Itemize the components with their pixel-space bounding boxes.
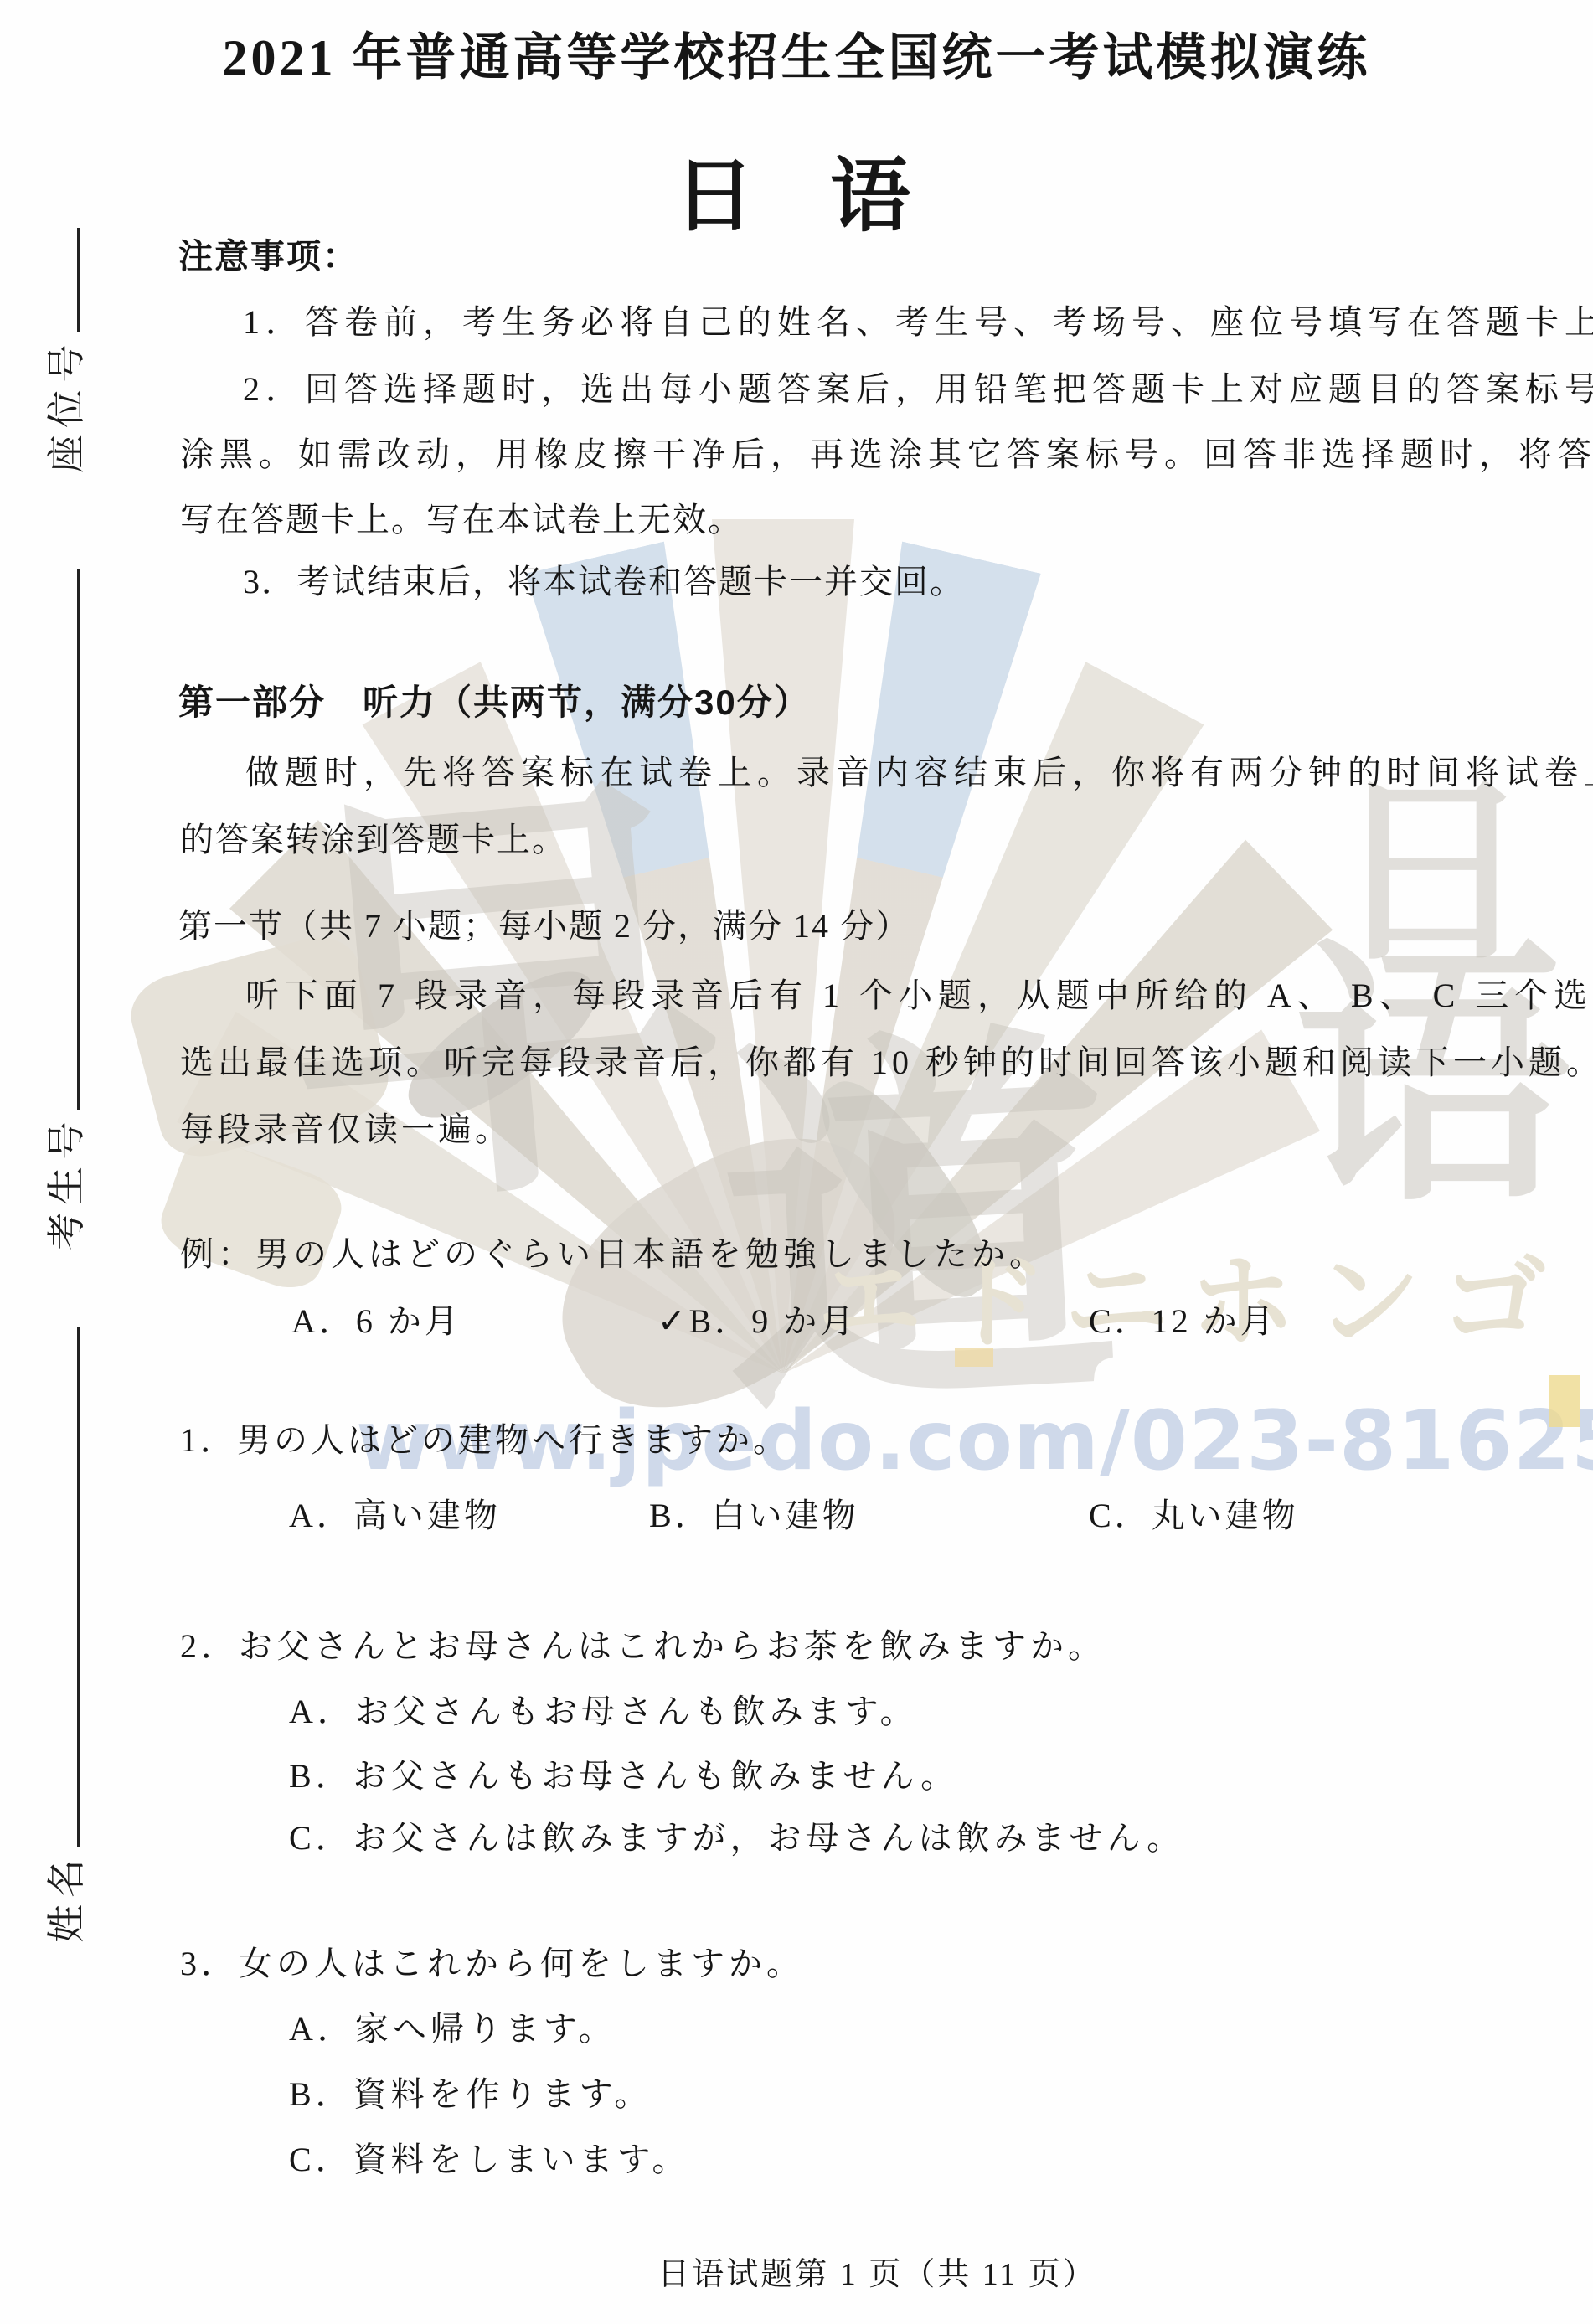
question-3-option-b: B．資料を作ります。 <box>289 2075 652 2114</box>
question-3-option-a: A．家へ帰ります。 <box>289 2010 616 2048</box>
question-1-text: 1．男の人はどの建物へ行きますか。 <box>180 1421 790 1460</box>
question-3-text: 3．女の人はこれから何をしますか。 <box>180 1945 804 1983</box>
section1-line-1: 听下面 7 段录音，每段录音后有 1 个小题，从题中所给的 A、 B、 C 三个… <box>245 976 1593 1015</box>
question-1-option-b: B．白い建物 <box>649 1497 859 1535</box>
candidate-number-blank <box>69 569 80 1110</box>
question-2-option-c: C．お父さんは飲みますが，お母さんは飲みません。 <box>289 1819 1184 1858</box>
notice-item-3: 3．考试结束后，将本试卷和答题卡一并交回。 <box>243 563 965 601</box>
notice-item-2-line-1: 2．回答选择题时，选出每小题答案后，用铅笔把答题卡上对应题目的答案标号 <box>243 370 1593 409</box>
question-1-option-a: A．高い建物 <box>289 1497 501 1535</box>
correct-answer-checkmark: ✓ <box>657 1302 689 1341</box>
part1-intro-line-2: 的答案转涂到答题卡上。 <box>180 821 567 859</box>
candidate-number-label: 考生号 <box>47 1115 87 1250</box>
name-label: 姓名 <box>47 1853 87 1943</box>
example-option-b-label: B．9 か月 <box>689 1302 858 1340</box>
seat-number-label: 座位号 <box>47 338 87 473</box>
notice-item-1: 1．答卷前，考生务必将自己的姓名、考生号、考场号、座位号填写在答题卡上。 <box>243 303 1593 342</box>
question-2-option-a: A．お父さんもお母さんも飲みます。 <box>289 1693 918 1731</box>
candidate-number-field: 考生号 <box>22 567 89 1250</box>
example-option-c: C．12 か月 <box>1089 1302 1277 1341</box>
example-option-a: A．6 か月 <box>291 1302 461 1341</box>
question-2-option-b: B．お父さんもお母さんも飲みません。 <box>289 1757 958 1796</box>
exam-title: 2021 年普通高等学校招生全国统一考试模拟演练 <box>84 29 1509 87</box>
watermark-yellow-accent <box>955 1348 993 1367</box>
section1-line-2: 选出最佳选项。听完每段录音后，你都有 10 秒钟的时间回答该小题和阅读下一小题。 <box>180 1043 1593 1082</box>
name-blank <box>69 1327 80 1847</box>
question-3-option-c: C．資料をしまいます。 <box>289 2141 689 2179</box>
example-option-b: ✓B．9 か月 <box>657 1302 857 1341</box>
notice-item-2-line-3: 写在答题卡上。写在本试卷上无效。 <box>180 501 743 539</box>
watermark-brand-char: 道 <box>710 1020 1124 1434</box>
seat-number-field: 座位号 <box>22 226 89 473</box>
seat-number-blank <box>69 228 80 332</box>
notice-heading: 注意事项： <box>178 237 358 276</box>
part1-heading: 第一部分 听力（共两节，满分30分） <box>178 683 811 723</box>
footer-page-number: 日语试题第 1 页（共 11 页） <box>180 2257 1575 2294</box>
question-2-text: 2．お父さんとお母さんはこれからお茶を飲みますか。 <box>180 1627 1106 1666</box>
name-field: 姓名 <box>22 1326 89 1943</box>
part1-intro-line-1: 做题时，先将答案标在试卷上。录音内容结束后，你将有两分钟的时间将试卷上 <box>245 754 1593 792</box>
question-1-option-c: C．丸い建物 <box>1089 1497 1299 1535</box>
example-question: 例：男の人はどのぐらい日本語を勉強しましたか。 <box>180 1235 1047 1274</box>
subject-title: 日 语 <box>84 151 1509 243</box>
section1-line-3: 每段录音仅读一遍。 <box>180 1110 512 1149</box>
notice-item-2-line-2: 涂黑。如需改动，用橡皮擦干净后，再选涂其它答案标号。回答非选择题时，将答案 <box>180 435 1593 474</box>
exam-paper-page: 早 道 日 语 エドニホンゴ www.jpedo.com/023-8162599… <box>0 0 1593 2324</box>
section1-heading: 第一节（共 7 小题；每小题 2 分，满分 14 分） <box>178 907 910 946</box>
watermark-yellow-accent <box>1549 1375 1580 1427</box>
